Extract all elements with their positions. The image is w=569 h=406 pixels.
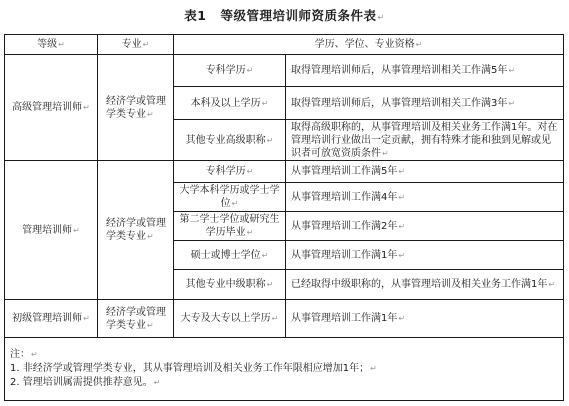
qualification-table: 等级↵ 专业↵ 学历、学位、专业资格↵ 高级管理培训师↵ 经济学或管理学类专业↵… <box>4 34 564 401</box>
table-row: 高级管理培训师↵ 经济学或管理学类专业↵ 专科学历↵ 取得管理培训师后，从事管理… <box>5 55 564 87</box>
header-row: 等级↵ 专业↵ 学历、学位、专业资格↵ <box>5 35 564 55</box>
paragraph-mark-icon: ↵ <box>232 199 239 208</box>
requirement-cell: 从事管理培训工作满1年↵ <box>286 241 564 270</box>
paragraph-mark-icon: ↵ <box>73 226 80 235</box>
requirement-cell: 从事管理培训工作满5年↵ <box>286 161 564 183</box>
education-cell: 第二学士学位或研究生学历毕业↵ <box>174 212 286 241</box>
paragraph-mark-icon: ↵ <box>398 222 405 231</box>
header-level: 等级↵ <box>5 35 98 55</box>
paragraph-mark-icon: ↵ <box>267 136 274 145</box>
note-item: 2. 管理培训属需提供推荐意见。↵ <box>10 376 558 390</box>
notes-cell: 注：↵ 1. 非经济学或管理学类专业，其从事管理培训及相关业务工作年限相应增加1… <box>5 338 564 401</box>
paragraph-mark-icon: ↵ <box>267 280 274 289</box>
requirement-cell: 取得高级职称的，从事管理培训及相关业务工作满1年。对在管理培训行业做出一定贡献，… <box>286 120 564 161</box>
paragraph-mark-icon: ↵ <box>147 232 154 241</box>
major-cell: 经济学或管理学类专业↵ <box>98 161 174 300</box>
table-row: 初级管理培训师↵ 经济学或管理学类专业↵ 大专及大专以上学历↵ 从事管理培训工作… <box>5 300 564 338</box>
paragraph-mark-icon: ↵ <box>262 99 269 108</box>
note-item: 1. 非经济学或管理学类专业，其从事管理培训及相关业务工作年限相应增加1年；↵ <box>10 362 558 376</box>
requirement-cell: 从事管理培训工作满4年↵ <box>286 183 564 212</box>
paragraph-mark-icon: ↵ <box>548 280 555 289</box>
paragraph-mark-icon: ↵ <box>398 167 405 176</box>
level-cell: 初级管理培训师↵ <box>5 300 98 338</box>
table-row: 管理培训师↵ 经济学或管理学类专业↵ 专科学历↵ 从事管理培训工作满5年↵ <box>5 161 564 183</box>
education-cell: 大专及大专以上学历↵ <box>174 300 286 338</box>
notes-heading: 注：↵ <box>10 348 558 362</box>
header-major: 专业↵ <box>98 35 174 55</box>
education-cell: 大学本科学历或学士学位↵ <box>174 183 286 212</box>
paragraph-mark-icon: ↵ <box>378 13 385 22</box>
paragraph-mark-icon: ↵ <box>58 40 65 49</box>
table-number: 表1 <box>184 8 206 23</box>
table-title-text: 等级管理培训师资质条件表 <box>220 8 376 23</box>
paragraph-mark-icon: ↵ <box>398 193 405 202</box>
education-cell: 专科学历↵ <box>174 161 286 183</box>
paragraph-mark-icon: ↵ <box>398 251 405 260</box>
requirement-cell: 从事管理培训工作满1年↵ <box>286 300 564 338</box>
paragraph-mark-icon: ↵ <box>508 99 515 108</box>
paragraph-mark-icon: ↵ <box>370 364 377 373</box>
requirement-cell: 取得管理培训师后，从事管理培训相关工作满3年↵ <box>286 87 564 120</box>
education-cell: 专科学历↵ <box>174 55 286 87</box>
paragraph-mark-icon: ↵ <box>147 321 154 330</box>
table-title: 表1等级管理培训师资质条件表↵ <box>0 6 569 24</box>
education-cell: 本科及以上学历↵ <box>174 87 286 120</box>
paragraph-mark-icon: ↵ <box>382 149 389 158</box>
requirement-cell: 已经取得中级职称的，从事管理培训及相关业务工作满1年↵ <box>286 270 564 300</box>
requirement-cell: 从事管理培训工作满2年↵ <box>286 212 564 241</box>
paragraph-mark-icon: ↵ <box>508 66 515 75</box>
level-cell: 高级管理培训师↵ <box>5 55 98 161</box>
notes-row: 注：↵ 1. 非经济学或管理学类专业，其从事管理培训及相关业务工作年限相应增加1… <box>5 338 564 401</box>
paragraph-mark-icon: ↵ <box>247 167 254 176</box>
paragraph-mark-icon: ↵ <box>247 228 254 237</box>
major-cell: 经济学或管理学类专业↵ <box>98 55 174 161</box>
education-cell: 其他专业高级职称↵ <box>174 120 286 161</box>
paragraph-mark-icon: ↵ <box>83 103 90 112</box>
header-education: 学历、学位、专业资格↵ <box>174 35 564 55</box>
paragraph-mark-icon: ↵ <box>416 40 423 49</box>
level-cell: 管理培训师↵ <box>5 161 98 300</box>
paragraph-mark-icon: ↵ <box>143 40 150 49</box>
paragraph-mark-icon: ↵ <box>147 110 154 119</box>
paragraph-mark-icon: ↵ <box>398 314 405 323</box>
paragraph-mark-icon: ↵ <box>83 314 90 323</box>
paragraph-mark-icon: ↵ <box>31 350 38 359</box>
paragraph-mark-icon: ↵ <box>247 66 254 75</box>
major-cell: 经济学或管理学类专业↵ <box>98 300 174 338</box>
paragraph-mark-icon: ↵ <box>262 251 269 260</box>
paragraph-mark-icon: ↵ <box>272 314 279 323</box>
education-cell: 硕士或博士学位↵ <box>174 241 286 270</box>
paragraph-mark-icon: ↵ <box>154 378 161 387</box>
education-cell: 其他专业中级职称↵ <box>174 270 286 300</box>
requirement-cell: 取得管理培训师后，从事管理培训相关工作满5年↵ <box>286 55 564 87</box>
